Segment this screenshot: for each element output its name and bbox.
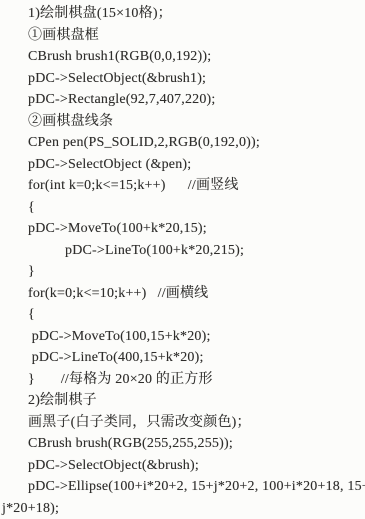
code-line: {: [28, 304, 365, 326]
code-line: } //每格为 20×20 的正方形: [28, 369, 365, 391]
code-line: pDC->MoveTo(100,15+k*20);: [28, 326, 365, 348]
code-line: }: [28, 261, 365, 283]
code-line: pDC->SelectObject (&pen);: [28, 154, 365, 176]
code-line: for(int k=0;k<=15;k++) //画竖线: [28, 175, 365, 197]
document-page: 1)绘制棋盘(15×10格)； ①画棋盘框 CBrush brush1(RGB(…: [0, 0, 365, 519]
code-line: pDC->SelectObject(&brush1);: [28, 68, 365, 90]
code-line: 1)绘制棋盘(15×10格)；: [28, 3, 365, 25]
code-line: CBrush brush1(RGB(0,0,192));: [28, 46, 365, 68]
code-line: 2)绘制棋子: [28, 390, 365, 412]
code-line: ②画棋盘线条: [28, 111, 365, 133]
code-line: pDC->MoveTo(100+k*20,15);: [28, 218, 365, 240]
code-line: pDC->Rectangle(92,7,407,220);: [28, 89, 365, 111]
code-line: pDC->LineTo(100+k*20,215);: [28, 240, 365, 262]
code-line: pDC->Ellipse(100+i*20+2, 15+j*20+2, 100+…: [28, 476, 365, 498]
code-line: CBrush brush(RGB(255,255,255));: [28, 433, 365, 455]
code-line: {: [28, 197, 365, 219]
code-line: pDC->SelectObject(&brush);: [28, 455, 365, 477]
code-line: 画黑子(白子类同，只需改变颜色)；: [28, 412, 365, 434]
code-line-wrapped: j*20+18);: [2, 498, 365, 519]
code-listing: 1)绘制棋盘(15×10格)； ①画棋盘框 CBrush brush1(RGB(…: [28, 3, 365, 519]
code-line: for(k=0;k<=10;k++) //画横线: [28, 283, 365, 305]
code-line: pDC->LineTo(400,15+k*20);: [28, 347, 365, 369]
code-line: ①画棋盘框: [28, 25, 365, 47]
code-line: CPen pen(PS_SOLID,2,RGB(0,192,0));: [28, 132, 365, 154]
